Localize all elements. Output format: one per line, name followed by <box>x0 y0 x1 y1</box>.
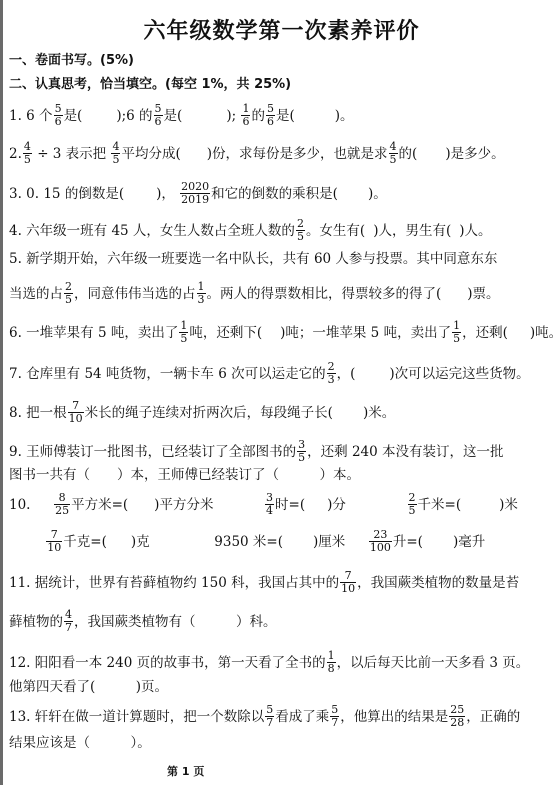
question-13-line-1: 13. 轩轩在做一道计算题时，把一个数除以57看成了乘57，他算出的结果是252… <box>9 705 520 730</box>
page-title: 六年级数学第一次素养评价 <box>9 14 554 45</box>
fraction: 57 <box>265 704 274 729</box>
question-11-line-1: 11. 据统计，世界有苔藓植物约 150 科，我国占其中的710，我国蕨类植物的… <box>9 571 519 596</box>
conversion-item: 710千克=()克 <box>45 534 149 550</box>
question-7: 7. 仓库里有 54 吨货物，一辆卡车 6 次可以运走它的23，()次可以运完这… <box>9 362 530 387</box>
question-4: 4. 六年级一班有 45 人，女生人数占全班人数的25。女生有()人，男生有()… <box>9 219 492 244</box>
scan-left-edge <box>0 0 3 785</box>
fraction: 25 <box>296 218 305 243</box>
fraction: 15 <box>179 320 188 345</box>
fraction: 15 <box>452 320 461 345</box>
fraction: 2528 <box>449 704 465 729</box>
fraction: 35 <box>297 439 306 464</box>
conversion-item: 25千米=()米 <box>407 497 518 513</box>
fraction: 56 <box>54 103 63 128</box>
question-11-line-2: 藓植物的47，我国蕨类植物有（ ）科。 <box>9 610 277 635</box>
question-10-row-1: 10. 825平方米=()平方分米 34时=()分 25千米=()米 <box>9 493 518 518</box>
question-3: 3. 0. 15 的倒数是()， 20202019和它的倒数的乘积是()。 <box>9 182 387 207</box>
conversion-item: 34时=()分 <box>264 497 346 513</box>
section-2-heading: 二、认真思考，恰当填空。(每空 1%，共 25%) <box>9 76 291 94</box>
fraction: 16 <box>241 103 250 128</box>
question-2: 2.45 ÷ 3 表示把 45平均分成()份，求每份是多少，也就是求45的()是… <box>9 142 505 167</box>
question-5-line-1: 5. 新学期开始，六年级一班要选一名中队长，共有 60 人参与投票。其中同意东东 <box>9 250 497 268</box>
conversion-item: 9350 米=()厘米 <box>214 534 345 550</box>
conversion-item: 825平方米=()平方分米 <box>53 497 213 513</box>
question-8: 8. 把一根710米长的绳子连续对折两次后，每段绳子长()米。 <box>9 401 395 426</box>
fraction: 25 <box>64 281 73 306</box>
question-13-line-2: 结果应该是（ ）。 <box>9 734 151 752</box>
fraction: 20202019 <box>180 181 210 206</box>
page-number: 第 1 页 <box>167 763 204 779</box>
question-9-line-1: 9. 王师傅装订一批图书，已经装订了全部图书的35，还剩 240 本没有装订，这… <box>9 440 504 465</box>
conversion-item: 23100升=()毫升 <box>368 534 485 550</box>
fraction: 47 <box>64 609 73 634</box>
fraction: 13 <box>197 281 206 306</box>
fraction: 56 <box>154 103 163 128</box>
question-10-row-2: 710千克=()克 9350 米=()厘米 23100升=()毫升 <box>9 530 485 555</box>
fraction: 45 <box>111 141 120 166</box>
question-12-line-1: 12. 阳阳看一本 240 页的故事书，第一天看了全书的18，以后每天比前一天多… <box>9 651 529 676</box>
fraction: 710 <box>68 400 84 425</box>
fraction: 56 <box>266 103 275 128</box>
fraction: 710 <box>340 570 356 595</box>
fraction: 23 <box>327 361 336 386</box>
section-1-heading: 一、卷面书写。(5%) <box>9 52 134 70</box>
question-9-line-2: 图书一共有（ ）本，王师傅已经装订了（ ）本。 <box>9 466 360 484</box>
question-6: 6. 一堆苹果有 5 吨，卖出了15吨，还剩下()吨；一堆苹果 5 吨，卖出了1… <box>9 321 558 346</box>
question-1: 1. 6 个56是();6 的56是(); 16的56是()。 <box>9 104 354 129</box>
fraction: 57 <box>330 704 339 729</box>
fraction: 45 <box>389 141 398 166</box>
question-12-line-2: 他第四天看了( )页。 <box>9 678 168 696</box>
question-5-line-2: 当选的占25，同意伟伟当选的占13。两人的得票数相比，得票较多的得了()票。 <box>9 282 500 307</box>
fraction: 45 <box>23 141 32 166</box>
fraction: 18 <box>327 650 336 675</box>
